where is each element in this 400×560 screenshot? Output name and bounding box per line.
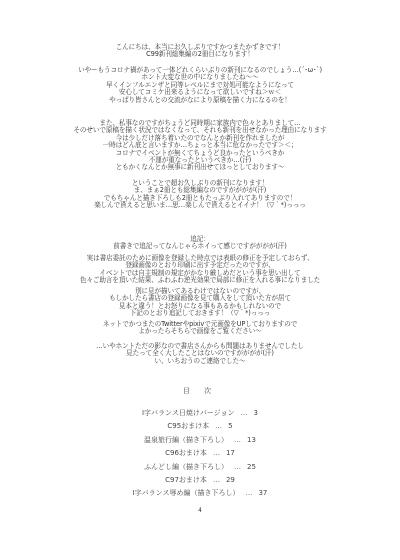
postscript-online: ネットでかつまたのTwitterやpixivで元画像をUPしておりますので よか… xyxy=(0,321,400,336)
greeting-paragraph: こんにちは、本当にお久しぶりですかつまたかずきです！ C99新刊総集編の2冊目に… xyxy=(0,44,400,59)
text-line: 下記のとおり追記しておきます！（▽｀*)っっっ xyxy=(0,310,400,317)
toc-item-title: C95おまけ本 xyxy=(167,422,209,430)
text-line: 楽しんで貰えると思いま…思…楽しんで貰えるとイイナ！（▽｀*)っっっ xyxy=(0,202,400,209)
document-page: こんにちは、本当にお久しぶりですかつまたかずきです！ C99新刊総集編の2冊目に… xyxy=(0,0,400,560)
toc-item: C95おまけ本…5 xyxy=(0,420,400,433)
text-line: やっぱり皆さんとの交流がなにより原稿を描く力になるのを！ xyxy=(0,97,400,104)
toc-item: C96おまけ本…17 xyxy=(0,447,400,460)
toc-item-page: 17 xyxy=(226,449,235,457)
toc-item-page: 3 xyxy=(254,409,258,417)
toc-item: C97おまけ本…29 xyxy=(0,474,400,487)
toc-item-title: I字バランス日焼けバージョン xyxy=(142,409,235,417)
toc-leader: … xyxy=(215,422,222,430)
toc-item: 温泉旅行編（描き下ろし）…13 xyxy=(0,434,400,447)
table-of-contents: I字バランス日焼けバージョン…3 C95おまけ本…5 温泉旅行編（描き下ろし）…… xyxy=(0,407,400,501)
toc-leader: … xyxy=(241,409,248,417)
toc-leader: … xyxy=(213,449,220,457)
postscript-notice: 別に見が描いてあるわけではないのですが、 もしかしたら書店の登録画像を見て購入を… xyxy=(0,288,400,318)
toc-item-title: C97おまけ本 xyxy=(165,476,207,484)
toc-item-title: 温泉旅行編（描き下ろし） xyxy=(144,436,228,444)
toc-leader: … xyxy=(213,476,220,484)
postscript-explanation: 実は書店委託のために画像を登録した時点では表紙の修正を予定しておらず、 登録画像… xyxy=(0,255,400,285)
toc-leader: … xyxy=(234,436,241,444)
postscript-closing: …いやホントただの影なので書店さんからも問題はありませんでしたし 見たって全く大… xyxy=(0,343,400,365)
new-book-paragraph: ということで超お久しぶりの新刊になります！ ま、まぁ2冊とも総集編なのですががが… xyxy=(0,180,400,210)
text-line: ともかくなんとか無事に新刊出せてほっとしております～ xyxy=(0,164,400,171)
text-line: よかったらそちらで画像をご覧ください～ xyxy=(0,328,400,335)
toc-item-page: 37 xyxy=(258,489,267,497)
postscript-intro: 追記： 前書きで追記ってなんじゃらホイって感じですがががが(汗) xyxy=(0,236,400,251)
toc-item-page: 25 xyxy=(247,463,256,471)
toc-item-title: ふんどし編（描き下ろし） xyxy=(144,463,228,471)
toc-item: I字バランス日焼けバージョン…3 xyxy=(0,407,400,420)
toc-item-page: 29 xyxy=(226,476,235,484)
toc-item: I字バランス辱め編（描き下ろし）…37 xyxy=(0,487,400,500)
text-line: 前書きで追記ってなんじゃらホイって感じですがががが(汗) xyxy=(0,243,400,250)
toc-item-page: 13 xyxy=(247,436,256,444)
personal-paragraph: また、私事なのですがちょうど同時期に家族内で色々とありまして… そのせいで原稿を… xyxy=(0,120,400,172)
text-line: C99新刊総集編の2冊目になります！ xyxy=(0,51,400,58)
page-number: 4 xyxy=(0,507,400,514)
toc-leader: … xyxy=(234,463,241,471)
toc-item-title: I字バランス辱め編（描き下ろし） xyxy=(133,489,240,497)
corona-paragraph: いやーもうコロナ禍があって一体どれくらいぶりの新刊になるのでしょう…(´･ω･`… xyxy=(0,67,400,104)
toc-leader: … xyxy=(245,489,252,497)
toc-item-title: C96おまけ本 xyxy=(165,449,207,457)
text-line: 色々ご助言を頂いた結果、ふわふわ逆光効果で局部に修正を入れる事になりました xyxy=(0,277,400,284)
toc-item-page: 5 xyxy=(228,422,232,430)
toc-item: ふんどし編（描き下ろし）…25 xyxy=(0,461,400,474)
text-line: い、いちおうのご連絡でした～ xyxy=(0,358,400,365)
toc-title: 目 次 xyxy=(0,386,400,396)
